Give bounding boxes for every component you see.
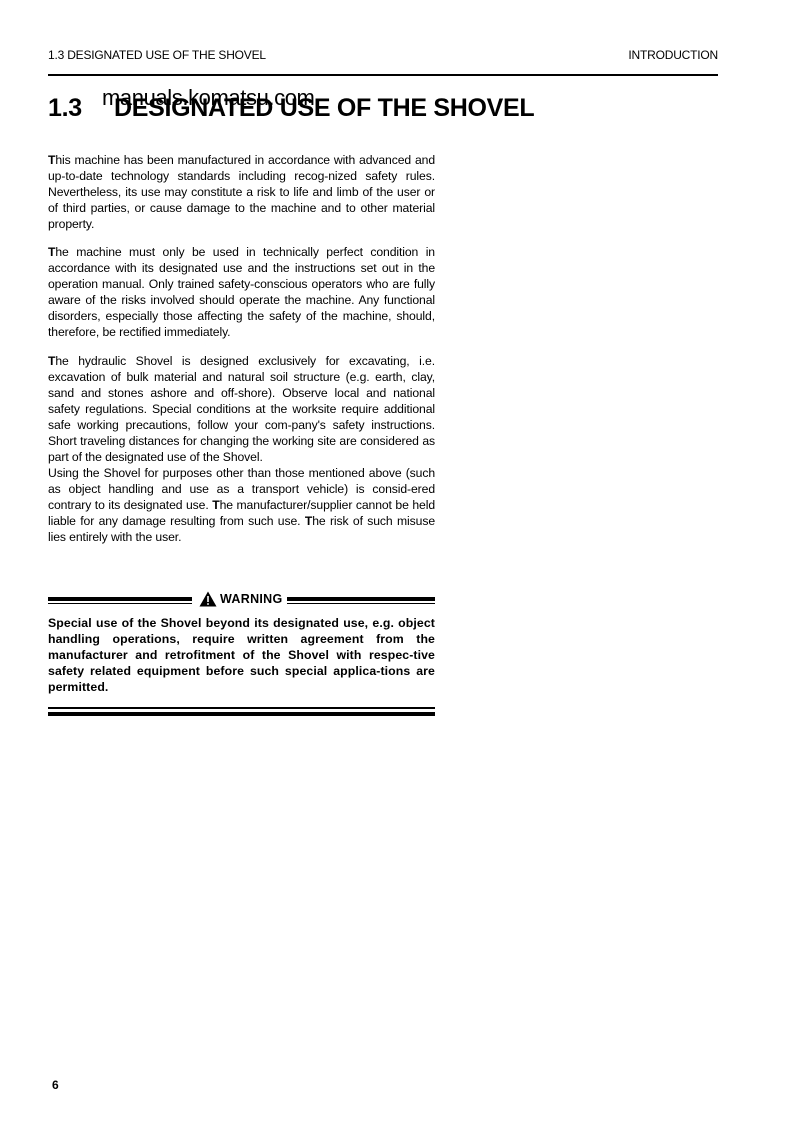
paragraph-misuse: Using the Shovel for purposes other than…	[48, 465, 435, 545]
warning-header: WARNING	[48, 590, 435, 608]
warning-text: Special use of the Shovel beyond its des…	[48, 615, 435, 695]
running-header: 1.3 DESIGNATED USE OF THE SHOVEL INTRODU…	[48, 47, 718, 63]
page-number: 6	[52, 1078, 59, 1092]
warning-triangle-icon	[199, 591, 217, 607]
warning-label: WARNING	[199, 590, 283, 608]
warning-bottom-rule	[48, 707, 435, 716]
paragraph-designated-use: The hydraulic Shovel is designed exclusi…	[48, 353, 435, 465]
paragraph-intro: This machine has been manufactured in ac…	[48, 152, 435, 232]
running-header-chapter: INTRODUCTION	[628, 47, 718, 63]
running-header-section: 1.3 DESIGNATED USE OF THE SHOVEL	[48, 47, 266, 63]
body-text: This machine has been manufactured in ac…	[48, 152, 435, 557]
header-rule	[48, 74, 718, 76]
warning-box: WARNING Special use of the Shovel beyond…	[48, 590, 435, 716]
warning-rule-right	[287, 597, 435, 603]
paragraph-condition: The machine must only be used in technic…	[48, 244, 435, 340]
watermark: manuals.komatsu.com	[102, 86, 315, 110]
warning-rule-left	[48, 597, 192, 603]
